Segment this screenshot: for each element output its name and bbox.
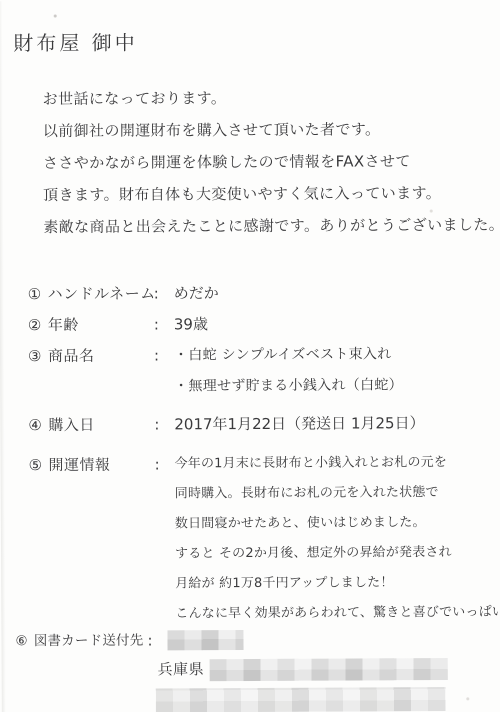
item-label-text: ハンドルネーム [48, 284, 156, 303]
scanned-handwritten-letter: 財布屋 御中 お世話になっております。 以前御社の開運財布を購入させて頂いた者で… [0, 0, 500, 712]
item-label: ①ハンドルネーム [28, 279, 154, 311]
greeting-line: 素敵な商品と出会えたことに感謝です。ありがとうございました。 [43, 209, 499, 243]
item-number: ⑥ [15, 633, 27, 649]
greeting-paragraph: お世話になっております。 以前御社の開運財布を購入させて頂いた者です。 ささやか… [43, 81, 500, 243]
redacted-address-block [156, 687, 446, 712]
item-value-column: ・白蛇 シンプルイズベスト束入れ ・無理せず貯まる小銭入れ（白蛇） [174, 339, 500, 403]
redacted-address-block [167, 630, 243, 650]
item-label: ③商品名 [28, 341, 154, 373]
item-number: ③ [28, 347, 42, 365]
form-item-gift-card-address: ⑥図書カード送付先 : 兵庫県 [15, 624, 500, 712]
item-number: ② [28, 316, 42, 334]
item-value: めだか [174, 277, 500, 310]
item-value: 同時購入。長財布にお札の元を入れた状態で [175, 478, 500, 510]
colon-separator: : [154, 409, 174, 440]
item-value: 今年の1月末に長財布と小銭入れとお札の元を [174, 448, 500, 480]
recipient-line: 財布屋 御中 [0, 0, 498, 56]
colon-separator: : [154, 340, 174, 371]
item-label: ④購入日 [28, 410, 154, 442]
item-number: ⑤ [29, 456, 43, 474]
item-label-text: 年齢 [48, 316, 79, 334]
item-label-text: 購入日 [48, 416, 95, 434]
item-number: ① [28, 285, 42, 303]
form-item-handle-name: ①ハンドルネーム : めだか [28, 277, 500, 310]
item-value-column: 2017年1月22日（発送日 1月25日） [174, 408, 500, 441]
item-value-column: 39歳 [174, 308, 500, 341]
colon-separator: : [154, 309, 174, 340]
item-value: 2017年1月22日（発送日 1月25日） [174, 408, 500, 441]
item-value: 数日間寝かせたあと、使いはじめました。 [175, 508, 500, 540]
item-label-text: 図書カード送付先 [34, 633, 144, 650]
greeting-line: 以前御社の開運財布を購入させて頂いた者です。 [43, 113, 499, 147]
address-line: 兵庫県 [158, 653, 500, 686]
item-value: 月給が 約1万8千円アップしました！ [175, 568, 500, 600]
form-item-product-name: ③商品名 : ・白蛇 シンプルイズベスト束入れ ・無理せず貯まる小銭入れ（白蛇） [28, 339, 500, 403]
form-item-luck-report: ⑤開運情報 : 今年の1月末に長財布と小銭入れとお札の元を 同時購入。長財布にお… [28, 448, 500, 630]
item-value-column: 今年の1月末に長財布と小銭入れとお札の元を 同時購入。長財布にお札の元を入れた状… [174, 448, 500, 630]
item-label: ⑤開運情報 [28, 450, 154, 482]
form-item-purchase-date: ④購入日 : 2017年1月22日（発送日 1月25日） [28, 408, 500, 441]
item-label-text: 商品名 [48, 347, 95, 365]
form-item-age: ②年齢 : 39歳 [28, 308, 500, 341]
greeting-line: お世話になっております。 [43, 81, 499, 115]
redacted-address-block [209, 657, 447, 680]
item-number: ④ [28, 416, 42, 434]
item-label: ②年齢 [28, 310, 154, 342]
prefecture-text: 兵庫県 [158, 654, 205, 685]
item-value: ・無理せず貯まる小銭入れ（白蛇） [174, 370, 500, 403]
item-value: 39歳 [174, 308, 500, 341]
item-value: すると その2か月後、想定外の昇給が発表され [175, 538, 500, 570]
item-value: ・白蛇 シンプルイズベスト束入れ [174, 339, 500, 372]
colon-separator: : [154, 449, 174, 480]
item-label: ⑥図書カード送付先 [15, 626, 147, 658]
colon-separator: : [147, 625, 167, 656]
greeting-line: ささやかながら開運を体験したので情報をFAXさせて [43, 145, 499, 179]
item-value-column: めだか [174, 277, 500, 310]
colon-separator: : [154, 278, 174, 309]
item-label-text: 開運情報 [48, 456, 110, 474]
item-value-column: 兵庫県 [167, 624, 500, 712]
response-form: ①ハンドルネーム : めだか ②年齢 : 39歳 ③商品名 : ・白蛇 シンプル… [28, 277, 500, 712]
greeting-line: 頂きます。財布自体も大変使いやすく気に入っています。 [43, 177, 499, 211]
